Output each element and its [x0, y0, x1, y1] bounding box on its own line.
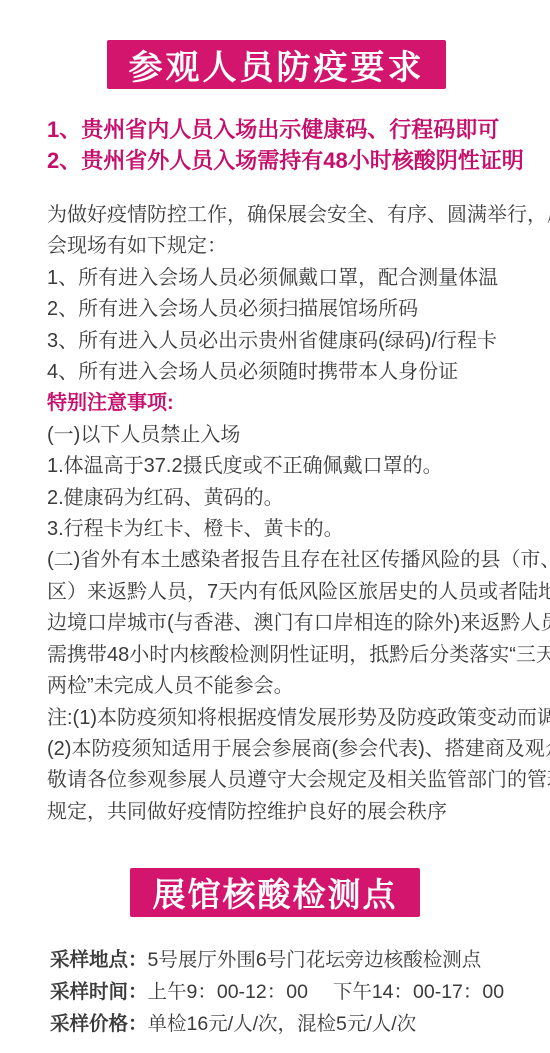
body-line: 需携带48小时内核酸检测阴性证明，抵黔后分类落实“三天 — [47, 640, 542, 671]
sampling-price-label: 采样价格： — [50, 1013, 148, 1035]
sampling-price-row: 采样价格：单检16元/人/次，混检5元/人/次 — [50, 1008, 504, 1040]
body-line: 2、所有进入会场人员必须扫描展馆场所码 — [47, 294, 542, 325]
body-line: 注:(1)本防疫须知将根据疫情发展形势及防疫政策变动而调整。 — [47, 703, 542, 734]
body-line: 1.体温高于37.2摄氏度或不正确佩戴口罩的。 — [47, 451, 542, 482]
section-banner-visitor-requirements: 参观人员防疫要求 — [107, 40, 446, 89]
sampling-location-value: 5号展厅外围6号门花坛旁边核酸检测点 — [148, 949, 482, 971]
sampling-location-label: 采样地点： — [50, 949, 148, 971]
body-line: 两检”未完成人员不能参会。 — [47, 671, 542, 702]
body-line: 规定，共同做好疫情防控维护良好的展会秩序 — [47, 797, 542, 828]
sampling-location-row: 采样地点：5号展厅外围6号门花坛旁边核酸检测点 — [50, 944, 504, 976]
sampling-price-value: 单检16元/人/次，混检5元/人/次 — [148, 1013, 417, 1035]
body-line: (一)以下人员禁止入场 — [47, 420, 542, 451]
body-line: (2)本防疫须知适用于展会参展商(参会代表)、搭建商及观众。 — [47, 734, 542, 765]
section-banner-testing-point: 展馆核酸检测点 — [130, 868, 420, 917]
sampling-time-row: 采样时间：上午9：00-12：00 下午14：00-17：00 — [50, 976, 504, 1008]
body-line: 2.健康码为红码、黄码的。 — [47, 483, 542, 514]
body-line: 3、所有进入人员必出示贵州省健康码(绿码)/行程卡 — [47, 326, 542, 357]
body-line: 为做好疫情防控工作，确保展会安全、有序、圆满举行，展 — [47, 200, 542, 231]
sampling-info: 采样地点：5号展厅外围6号门花坛旁边核酸检测点 采样时间：上午9：00-12：0… — [50, 944, 504, 1040]
sampling-time-label: 采样时间： — [50, 981, 148, 1003]
body-line: 4、所有进入会场人员必须随时携带本人身份证 — [47, 357, 542, 388]
sampling-time-value: 上午9：00-12：00 下午14：00-17：00 — [148, 981, 505, 1003]
special-notes-heading: 特别注意事项: — [47, 388, 542, 419]
intro-rule-province-outside: 2、贵州省外人员入场需持有48小时核酸阴性证明 — [47, 145, 524, 176]
body-line: 3.行程卡为红卡、橙卡、黄卡的。 — [47, 514, 542, 545]
body-line: 区）来返黔人员，7天内有低风险区旅居史的人员或者陆地 — [47, 577, 542, 608]
notice-body: 为做好疫情防控工作，确保展会安全、有序、圆满举行，展 会现场有如下规定： 1、所… — [47, 200, 542, 828]
testing-point-title: 展馆核酸检测点 — [153, 869, 398, 916]
body-line: 会现场有如下规定： — [47, 231, 542, 262]
body-line: (二)省外有本土感染者报告且存在社区传播风险的县（市、 — [47, 545, 542, 576]
intro-rule-province-inside: 1、贵州省内人员入场出示健康码、行程码即可 — [47, 114, 524, 145]
visitor-requirements-title: 参观人员防疫要求 — [129, 40, 425, 89]
intro-rules: 1、贵州省内人员入场出示健康码、行程码即可 2、贵州省外人员入场需持有48小时核… — [47, 114, 524, 176]
notice-poster: 参观人员防疫要求 1、贵州省内人员入场出示健康码、行程码即可 2、贵州省外人员入… — [0, 0, 550, 1053]
body-line: 1、所有进入会场人员必须佩戴口罩，配合测量体温 — [47, 263, 542, 294]
body-line: 边境口岸城市(与香港、澳门有口岸相连的除外)来返黔人员 — [47, 608, 542, 639]
body-line: 敬请各位参观参展人员遵守大会规定及相关监管部门的管理 — [47, 765, 542, 796]
